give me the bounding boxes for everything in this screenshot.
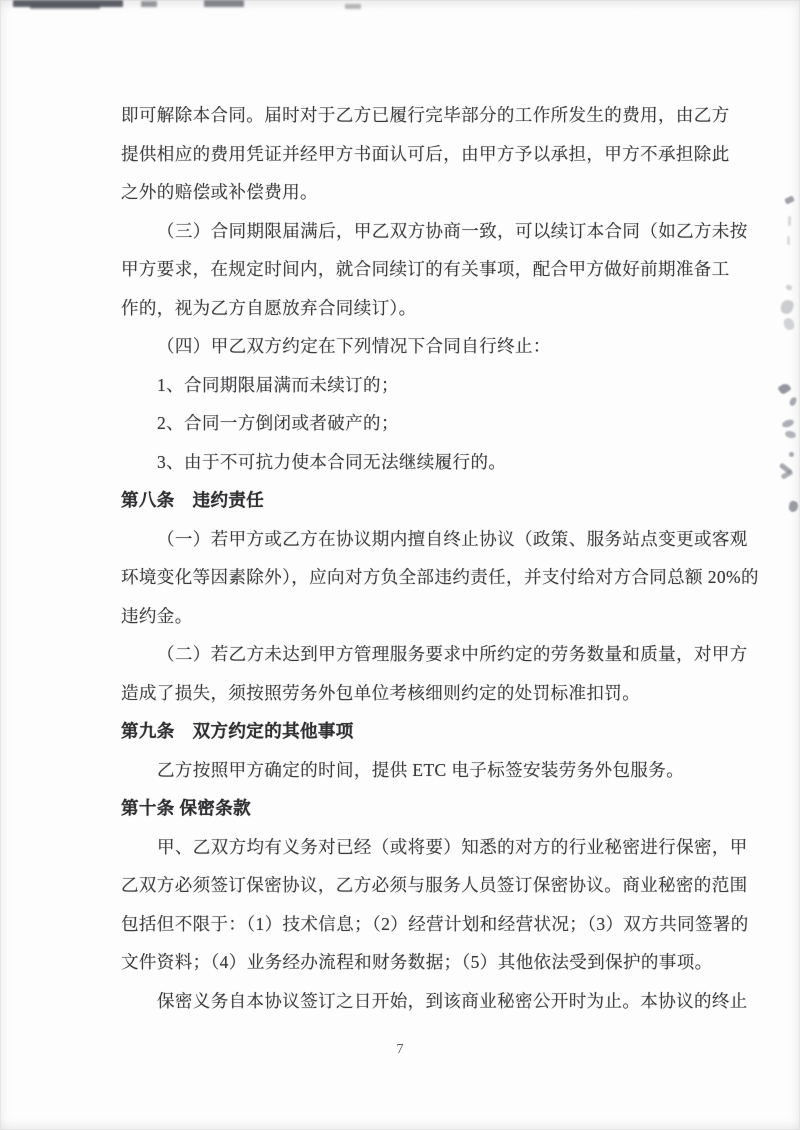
contract-text-line: 保密义务自本协议签订之日开始，到该商业秘密公开时为止。本协议的终止: [121, 982, 731, 1021]
contract-text-line: 环境变化等因素除外），应向对方负全部违约责任，并支付给对方合同总额 20%的: [121, 558, 731, 597]
contract-text-line: 之外的赔偿或补偿费用。: [121, 173, 731, 212]
right-edge-handwriting-smudge: [779, 463, 792, 475]
right-edge-handwriting-smudge: [777, 382, 791, 396]
contract-text-line: 乙方按照甲方确定的时间，提供 ETC 电子标签安装劳务外包服务。: [121, 751, 731, 790]
right-edge-handwriting-smudge: [789, 396, 798, 407]
right-edge-handwriting-smudge: [784, 430, 796, 440]
clause-heading-line: 第十条 保密条款: [121, 789, 731, 828]
contract-text-line: （三）合同期限届满后，甲乙双方协商一致，可以续订本合同（如乙方未按: [121, 212, 731, 251]
contract-text-line: 包括但不限于：（1）技术信息；（2）经营计划和经营状况；（3）双方共同签署的: [121, 905, 731, 944]
contract-text-block: 即可解除本合同。届时对于乙方已履行完毕部分的工作所发生的费用，由乙方提供相应的费…: [121, 96, 731, 1020]
top-edge-ink-smudge: [13, 0, 123, 7]
scanned-contract-page: 即可解除本合同。届时对于乙方已履行完毕部分的工作所发生的费用，由乙方提供相应的费…: [0, 0, 800, 1130]
right-edge-handwriting-smudge: [781, 469, 794, 479]
right-edge-handwriting-smudge: [779, 299, 794, 316]
right-edge-handwriting-smudge: [785, 284, 792, 291]
contract-text-line: 提供相应的费用凭证并经甲方书面认可后，由甲方予以承担，甲方不承担除此: [121, 135, 731, 174]
contract-text-line: 造成了损失，须按照劳务外包单位考核细则约定的处罚标准扣罚。: [121, 674, 731, 713]
contract-text-line: 甲方要求，在规定时间内，就合同续订的有关事项，配合甲方做好前期准备工: [121, 250, 731, 289]
contract-text-line: 作的，视为乙方自愿放弃合同续订）。: [121, 289, 731, 328]
right-edge-handwriting-smudge: [788, 500, 799, 512]
right-edge-handwriting-smudge: [789, 452, 794, 457]
top-edge-ink-smudge: [204, 0, 244, 7]
contract-text-line: （一）若甲方或乙方在协议期内擅自终止协议（政策、服务站点变更或客观: [121, 520, 731, 559]
contract-text-line: 即可解除本合同。届时对于乙方已履行完毕部分的工作所发生的费用，由乙方: [121, 96, 731, 135]
right-edge-handwriting-smudge: [781, 418, 795, 429]
contract-text-line: （二）若乙方未达到甲方管理服务要求中所约定的劳务数量和质量，对甲方: [121, 635, 731, 674]
clause-heading-line: 第九条 双方约定的其他事项: [121, 712, 731, 751]
contract-text-line: 文件资料；（4）业务经办流程和财务数据；（5）其他依法受到保护的事项。: [121, 943, 731, 982]
contract-text-line: 乙双方必须签订保密协议，乙方必须与服务人员签订保密协议。商业秘密的范围: [121, 866, 731, 905]
contract-text-line: 甲、乙双方均有义务对已经（或将要）知悉的对方的行业秘密进行保密，甲: [121, 828, 731, 867]
top-edge-ink-smudge: [345, 4, 361, 9]
contract-text-line: 3、由于不可抗力使本合同无法继续履行的。: [121, 443, 731, 482]
contract-text-line: （四）甲乙双方约定在下列情况下合同自行终止：: [121, 327, 731, 366]
contract-text-line: 2、合同一方倒闭或者破产的；: [121, 404, 731, 443]
contract-text-line: 违约金。: [121, 597, 731, 636]
right-edge-handwriting-smudge: [784, 195, 795, 204]
top-edge-ink-smudge: [30, 5, 100, 9]
top-edge-ink-smudge: [141, 1, 157, 7]
right-edge-handwriting-smudge: [787, 236, 790, 245]
right-edge-handwriting-smudge: [788, 216, 791, 226]
contract-text-line: 1、合同期限届满而未续订的；: [121, 366, 731, 405]
page-number: 7: [0, 1042, 800, 1058]
clause-heading-line: 第八条 违约责任: [121, 481, 731, 520]
right-edge-handwriting-smudge: [783, 317, 795, 331]
